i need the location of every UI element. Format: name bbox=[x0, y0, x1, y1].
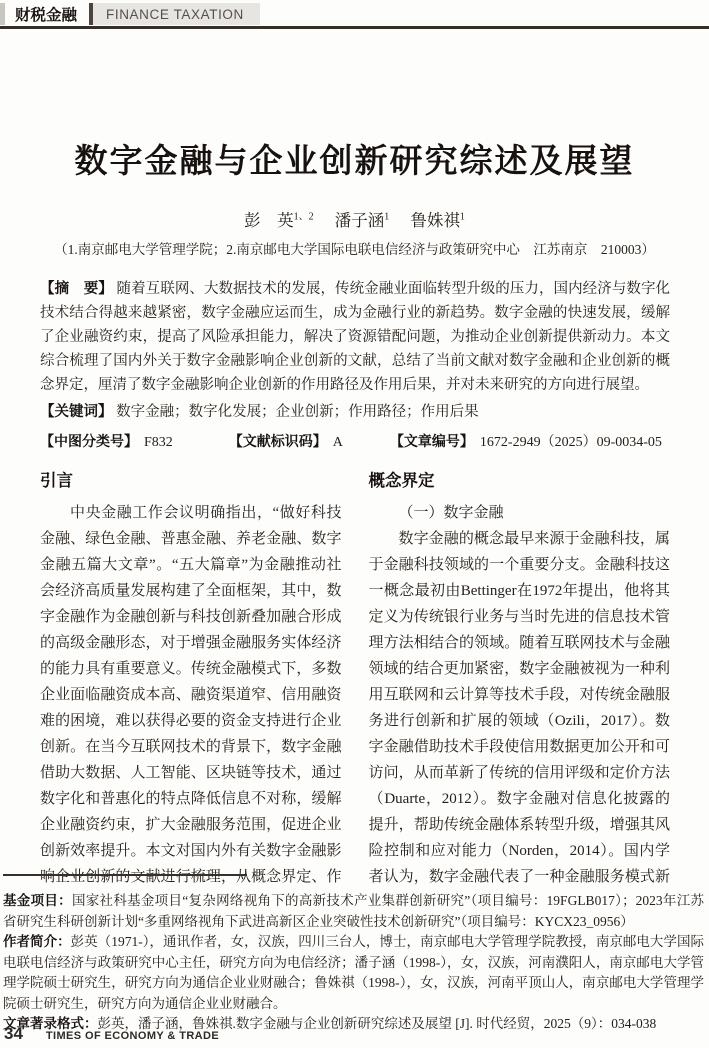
author-2: 潘子涵1 bbox=[335, 211, 390, 230]
document-code: 【文献标识码】A bbox=[229, 430, 343, 454]
journal-name: TIMES OF ECONOMY & TRADE bbox=[46, 1030, 219, 1042]
author-bio-label: 作者简介： bbox=[3, 934, 71, 949]
article-id-value: 1672-2949（2025）09-0034-05 bbox=[480, 435, 662, 450]
left-column: 引言 中央金融工作会议明确指出，“做好科技金融、绿色金融、普惠金融、养老金融、数… bbox=[40, 470, 342, 888]
page-number: 34 bbox=[4, 1024, 23, 1044]
article-id: 【文章编号】1672-2949（2025）09-0034-05 bbox=[390, 430, 662, 454]
page-footer: 34 TIMES OF ECONOMY & TRADE bbox=[4, 1024, 219, 1044]
article-title: 数字金融与企业创新研究综述及展望 bbox=[0, 135, 709, 182]
keywords-text: 数字金融；数字化发展；企业创新；作用路径；作用后果 bbox=[116, 404, 479, 420]
right-column: 概念界定 （一）数字金融 数字金融的概念最早来源于金融科技，属于金融科技领域的一… bbox=[369, 470, 671, 888]
affiliation-line: （1.南京邮电大学管理学院；2.南京邮电大学国际电联电信经济与政策研究中心 江苏… bbox=[0, 238, 709, 258]
author-3: 鲁姝祺1 bbox=[410, 211, 465, 230]
author-1-name: 彭 英 bbox=[244, 211, 294, 230]
subsection-heading-digital-finance: （一）数字金融 bbox=[369, 500, 671, 526]
section-heading-introduction: 引言 bbox=[40, 470, 342, 492]
footnote-block: 基金项目：国家社科基金项目“复杂网络视角下的高新技术产业集群创新研究”（项目编号… bbox=[3, 874, 704, 1035]
fund-note: 基金项目：国家社科基金项目“复杂网络视角下的高新技术产业集群创新研究”（项目编号… bbox=[3, 891, 704, 932]
document-code-label: 【文献标识码】 bbox=[229, 433, 327, 449]
author-1-affiliation-mark: 1、2 bbox=[294, 212, 314, 223]
abstract-label: 【摘 要】 bbox=[40, 281, 113, 297]
section-heading-concepts: 概念界定 bbox=[369, 470, 671, 492]
authors-line: 彭 英1、2 潘子涵1 鲁姝祺1 bbox=[0, 207, 709, 231]
journal-page: 财税金融 FINANCE TAXATION 数字金融与企业创新研究综述及展望 彭… bbox=[0, 0, 709, 1048]
footnote-separator bbox=[3, 874, 247, 876]
author-2-affiliation-mark: 1 bbox=[384, 212, 389, 223]
keywords: 【关键词】 数字金融；数字化发展；企业创新；作用路径；作用后果 bbox=[40, 401, 670, 424]
article-id-label: 【文章编号】 bbox=[390, 433, 474, 449]
front-matter: 【摘 要】 随着互联网、大数据技术的发展，传统金融业面临转型升级的压力，国内经济… bbox=[0, 277, 709, 888]
keywords-label: 【关键词】 bbox=[40, 404, 113, 420]
fund-label: 基金项目： bbox=[3, 893, 72, 908]
author-2-name: 潘子涵 bbox=[335, 211, 385, 230]
section-header: 财税金融 FINANCE TAXATION bbox=[0, 3, 709, 25]
clc-label: 【中图分类号】 bbox=[40, 433, 138, 449]
introduction-paragraph: 中央金融工作会议明确指出，“做好科技金融、绿色金融、普惠金融、养老金融、数字金融… bbox=[40, 500, 342, 888]
section-title-cn: 财税金融 bbox=[5, 3, 89, 25]
clc-number: 【中图分类号】F832 bbox=[40, 430, 173, 454]
author-3-name: 鲁姝祺 bbox=[410, 211, 460, 230]
clc-value: F832 bbox=[144, 435, 173, 450]
classification-line: 【中图分类号】F832 【文献标识码】A 【文章编号】1672-2949（202… bbox=[40, 430, 670, 454]
body-columns: 引言 中央金融工作会议明确指出，“做好科技金融、绿色金融、普惠金融、养老金融、数… bbox=[40, 470, 670, 888]
section-title-en: FINANCE TAXATION bbox=[93, 3, 260, 25]
abstract: 【摘 要】 随着互联网、大数据技术的发展，传统金融业面临转型升级的压力，国内经济… bbox=[40, 277, 670, 397]
author-3-affiliation-mark: 1 bbox=[460, 212, 465, 223]
fund-text: 国家社科基金项目“复杂网络视角下的高新技术产业集群创新研究”（项目编号：19FG… bbox=[3, 893, 704, 929]
document-code-value: A bbox=[333, 435, 343, 450]
header-rule bbox=[0, 26, 709, 29]
author-bio-note: 作者简介：彭英（1971-），通讯作者，女，汉族，四川三台人，博士，南京邮电大学… bbox=[3, 932, 704, 1014]
author-bio-text: 彭英（1971-），通讯作者，女，汉族，四川三台人，博士，南京邮电大学管理学院教… bbox=[3, 934, 704, 1011]
author-1: 彭 英1、2 bbox=[244, 211, 314, 230]
concepts-paragraph: 数字金融的概念最早来源于金融科技，属于金融科技领域的一个重要分支。金融科技这一概… bbox=[369, 526, 671, 888]
abstract-text: 随着互联网、大数据技术的发展，传统金融业面临转型升级的压力，国内经济与数字化技术… bbox=[40, 281, 670, 393]
footnotes: 基金项目：国家社科基金项目“复杂网络视角下的高新技术产业集群创新研究”（项目编号… bbox=[3, 891, 704, 1035]
